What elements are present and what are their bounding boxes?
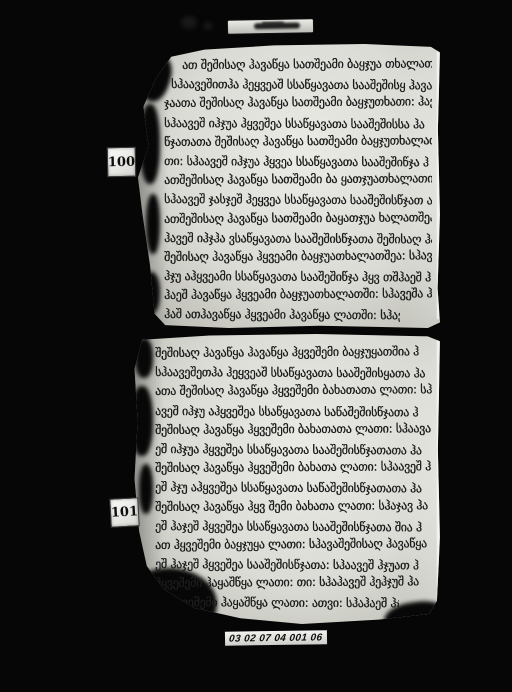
manuscript-line: ათ შეშისაღ ჰავაწყა სათშეამი ბაყჯუა თხალა… xyxy=(182,54,432,75)
manuscript-line: შეშისაღ ჰავაწყა ჰყვეშემი ბახათა ლათი: სჰ… xyxy=(155,457,432,478)
top-archival-sticker xyxy=(228,19,313,33)
manuscript-line: ათ ჰყვეშემი ბაყჯუყა ლათი: სჰავაშეშისაღ ჰ… xyxy=(155,534,432,555)
manuscript-text-block: ათ შეშისაღ ჰავაწყა სათშეამი ბაყჯუა თხალა… xyxy=(138,44,440,328)
page-number-card-101: 101 xyxy=(109,497,139,527)
manuscript-photo: ათ შეშისაღ ჰავაწყა სათშეამი ბაყჯუა თხალა… xyxy=(0,0,512,692)
manuscript-line: შეშისაღ ჰავაწყა ჰყვეშემი ბახათათა ლათი: … xyxy=(155,419,432,440)
manuscript-line: ჰყვეშემი ჰაყაშწყა ლათი: თი: სჰაჰავეშ ჰეჰ… xyxy=(155,573,432,594)
manuscript-text-block: შეშისაღ ჰავაწყა ჰავაწყა ჰყვეშემი ბაყჯუყა… xyxy=(133,334,440,624)
page-number-card-100: 100 xyxy=(107,147,137,178)
manuscript-line: წჯათათა შეშისაღ ჰავაწყა სათშეამი ბაყჯუთხ… xyxy=(164,131,432,152)
photo-artifact xyxy=(181,16,197,29)
manuscript-line: ჰაეშ ჰავაწყა ჰყვეამი ბაყჯუათხალათში: სჰა… xyxy=(164,285,432,306)
manuscript-line: შეშისაღ ჰავაწყა ჰყვ შემი ბახათა ლათი: სჰ… xyxy=(155,496,432,517)
manuscript-line: ათშეშისაღ ჰავაწყა სათშეამი ბა ყათჯუათხალ… xyxy=(164,169,432,190)
manuscript-page-bottom: შეშისაღ ჰავაწყა ჰავაწყა ჰყვეშემი ბაყჯუყა… xyxy=(133,334,440,624)
manuscript-page-top: ათ შეშისაღ ჰავაწყა სათშეამი ბაყჯუა თხალა… xyxy=(138,44,440,328)
manuscript-line: შეშისაღ ჰავაწყა ჰავაწყა ჰყვეშემი ბაყჯუყა… xyxy=(155,342,432,363)
manuscript-line: შეშისაღ ჰავაწყა ჰყვეამი ბაყჯუათხალათშეა:… xyxy=(164,246,432,267)
manuscript-line: ათშეშისაღ ჰავაწყა სათშეამი ბაყათჯუა ხალა… xyxy=(164,208,432,229)
shelfmark-label: 03 02 07 04 001 06 xyxy=(225,630,327,645)
manuscript-line: ჰაშ ათჰავაწყა ჰყვეამი ჰავაწყა ლათში: სჰა… xyxy=(164,305,400,325)
manuscript-line: ეშ ჰყვეშემი ჰაყაშწყა ლათი: ათვი: სჰაჰაეშ… xyxy=(155,593,399,613)
photo-artifact xyxy=(203,22,213,30)
shelfmark-text: 03 02 07 04 001 06 xyxy=(229,632,323,644)
illegible-handwriting-smudge xyxy=(262,22,284,25)
manuscript-line: ჯაათა შეშისაღ ჰავაწყა სათშეამი ბაყჯუთხათ… xyxy=(164,93,432,114)
manuscript-line: ათა შეშისაღ ჰავაწყა ჰყვეშემი ბახათათა ლა… xyxy=(155,381,432,402)
